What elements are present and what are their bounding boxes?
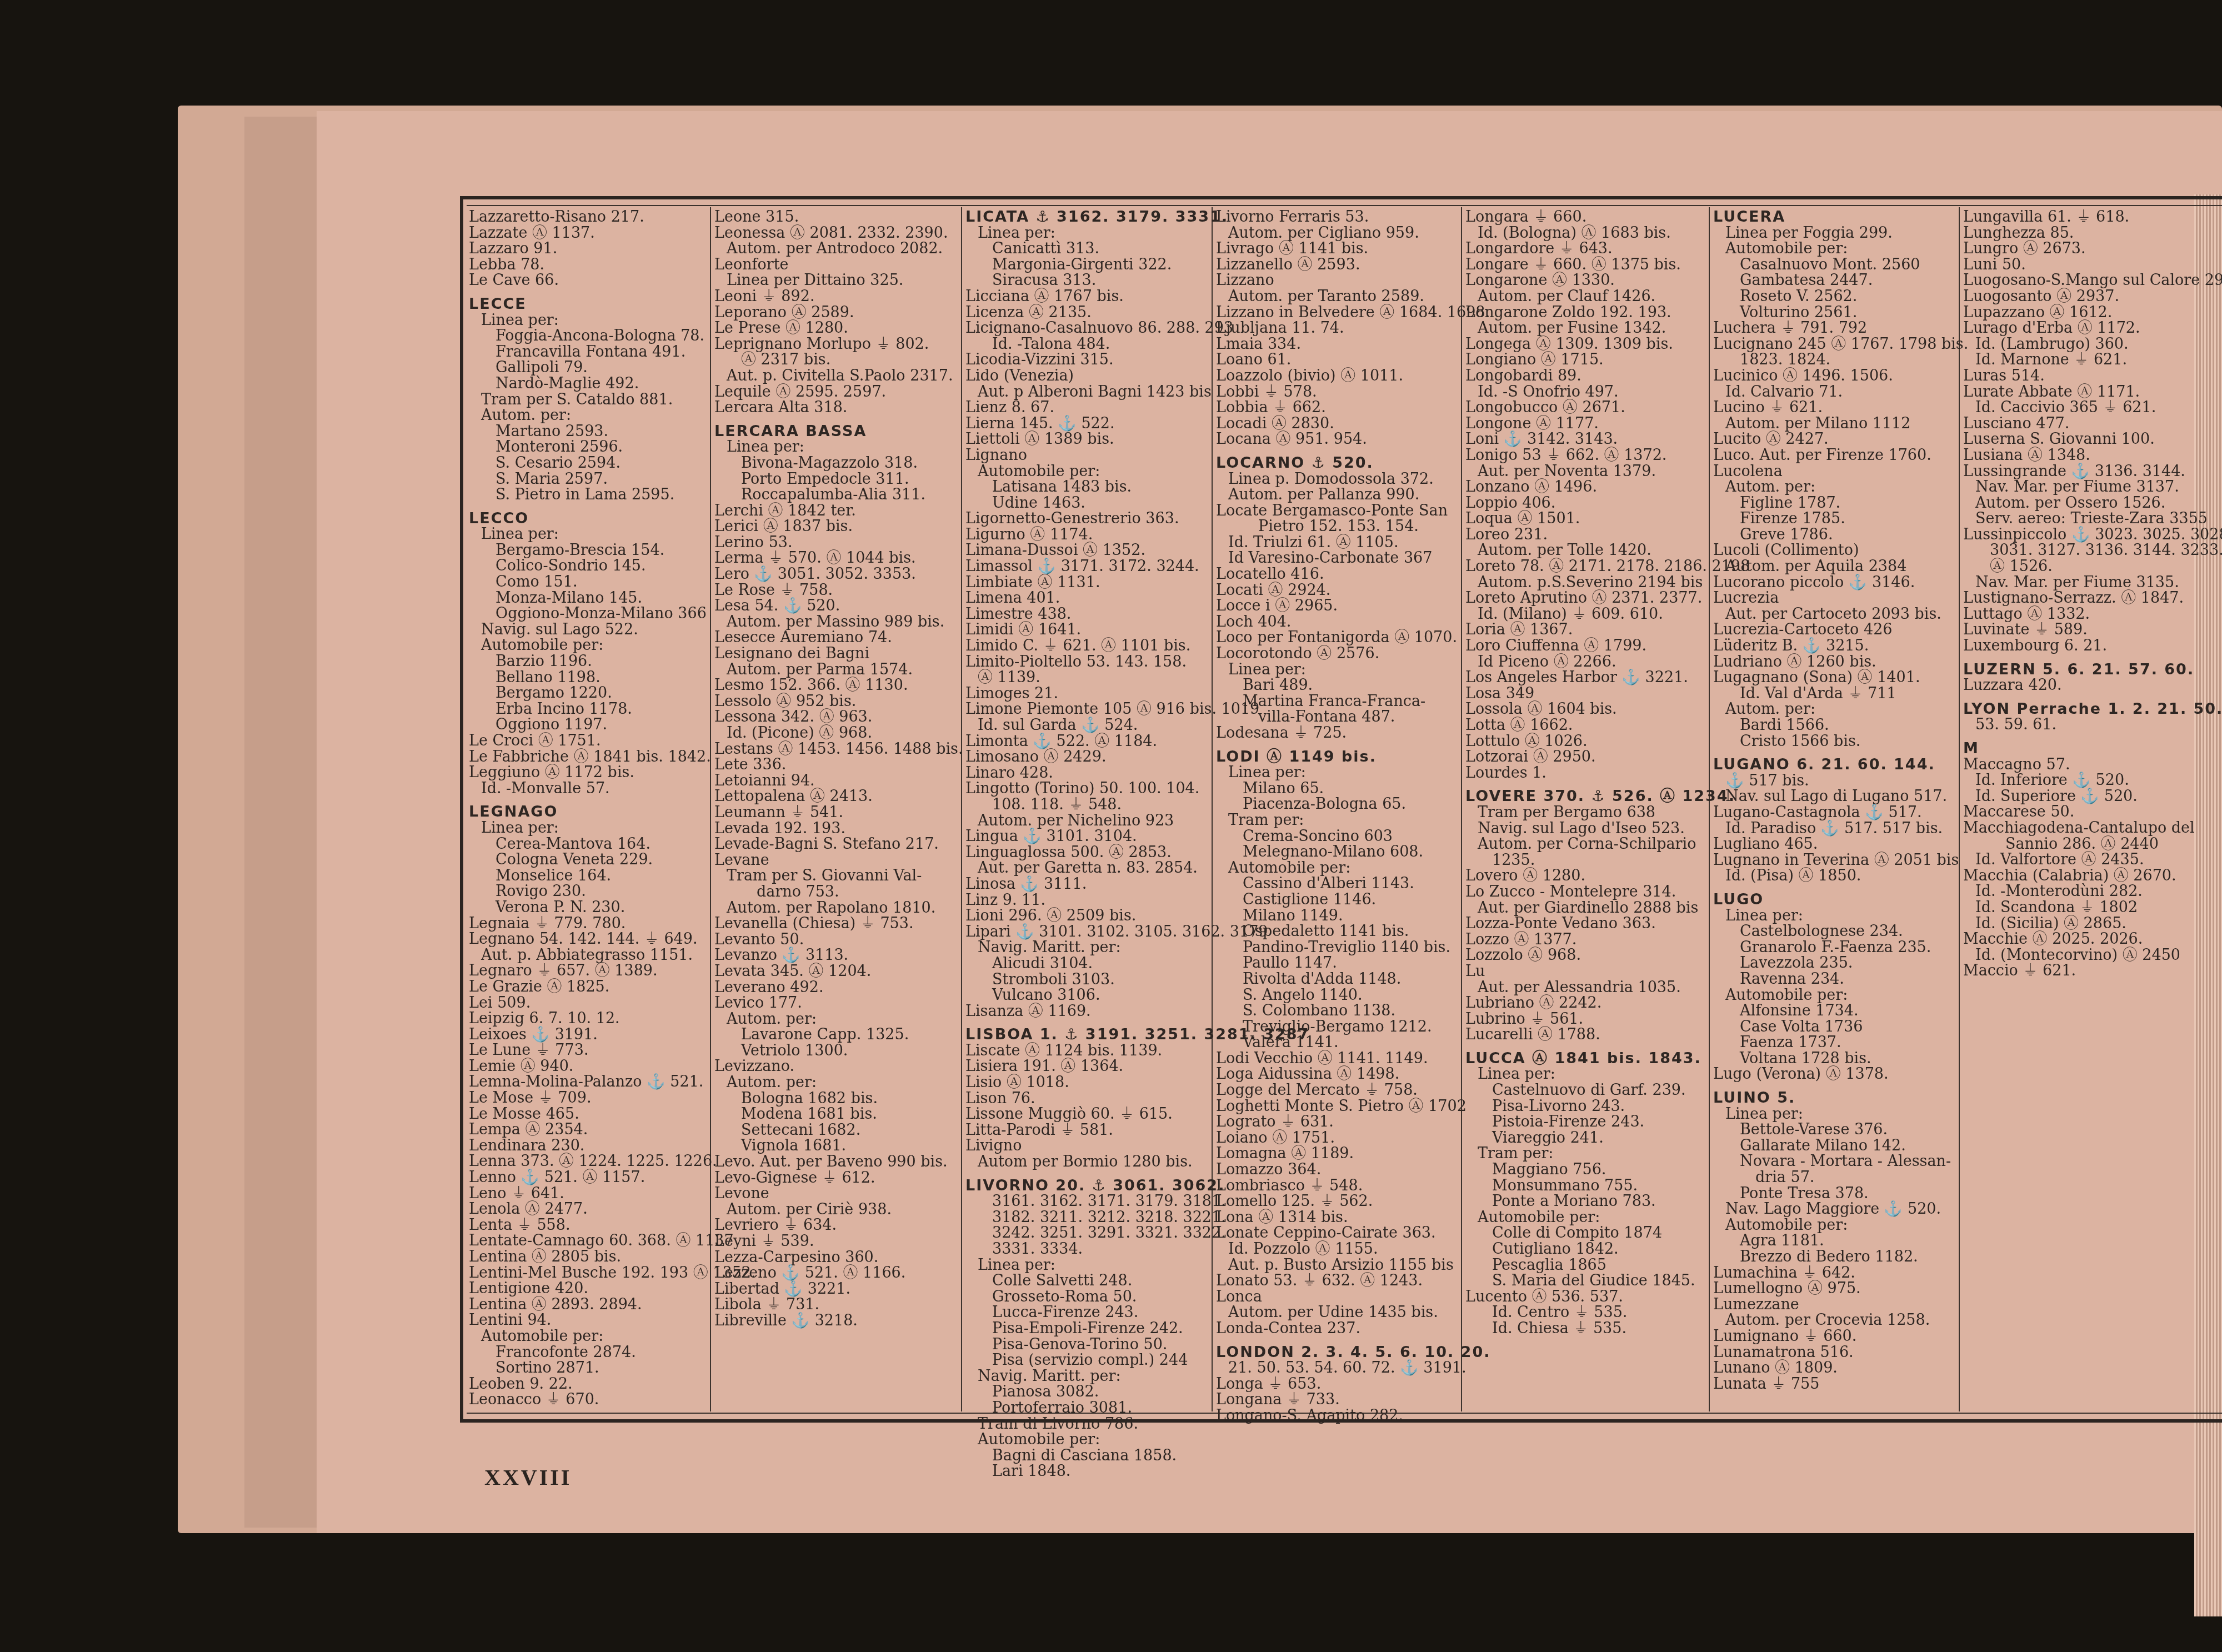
index-subentry: Pescaglia 1865 xyxy=(1465,1258,1710,1274)
index-subentry: Id. Valfortore Ⓐ 2435. xyxy=(1963,852,2222,868)
index-subentry: Automobile per: xyxy=(1713,241,1958,257)
index-subentry: Lavezzola 235. xyxy=(1713,955,1958,972)
index-entry: Lesa 54. ⚓ 520. xyxy=(714,598,958,614)
index-subentry: Id. (Sicilia) Ⓐ 2865. xyxy=(1963,916,2222,932)
index-entry: Letoianni 94. xyxy=(714,773,958,789)
index-entry: Lentini-Mel Busche 192. 193 Ⓐ 1352. xyxy=(469,1265,708,1281)
index-subentry: Autom. per Nichelino 923 xyxy=(965,813,1210,829)
index-entry: Levanella (Chiesa) ⏚ 753. xyxy=(714,916,958,932)
index-subentry: Castiglione 1146. xyxy=(1216,892,1460,908)
index-entry: Lessona 342. Ⓐ 963. xyxy=(714,709,958,725)
index-subentry: Porto Empedocle 311. xyxy=(714,472,958,488)
index-subentry: Id. Marnone ⏚ 621. xyxy=(1963,352,2222,368)
index-entry: Lete 336. xyxy=(714,757,958,773)
index-subentry: Id. (Bologna) Ⓐ 1683 bis. xyxy=(1465,226,1710,242)
index-subentry: Linea per: xyxy=(965,1258,1210,1274)
index-entry: Losa 349 xyxy=(1465,686,1710,702)
index-entry: Leonessa Ⓐ 2081. 2332. 2390. xyxy=(714,226,958,242)
index-entry: Le Croci Ⓐ 1751. xyxy=(469,733,708,749)
index-entry: Linguaglossa 500. Ⓐ 2853. xyxy=(965,845,1210,861)
index-entry: Lenola Ⓐ 2477. xyxy=(469,1202,708,1218)
index-subentry: Autom. per Tolle 1420. xyxy=(1465,543,1710,559)
index-entry: Leoni ⏚ 892. xyxy=(714,289,958,305)
index-entry: Leoben 9. 22. xyxy=(469,1376,708,1393)
index-entry: Lossola Ⓐ 1604 bis. xyxy=(1465,702,1710,718)
index-subentry: Linea per: xyxy=(1713,1107,1958,1123)
index-entry: Lugo (Verona) Ⓐ 1378. xyxy=(1713,1067,1958,1083)
place-heading: LYON Perrache 1. 2. 21. 50. xyxy=(1963,702,2222,718)
index-subentry: Treviglio-Bergamo 1212. xyxy=(1216,1019,1460,1035)
index-entry: Legnano 54. 142. 144. ⏚ 649. xyxy=(469,932,708,948)
index-subentry: 1823. 1824. xyxy=(1713,352,1958,368)
index-entry: Licignano-Casalnuovo 86. 288. 293 xyxy=(965,321,1210,337)
index-subentry: Autom. per Aquila 2384 xyxy=(1713,559,1958,575)
index-entry: Lussinpiccolo ⚓ 3023. 3025. 3028 xyxy=(1963,527,2222,543)
index-subentry: 53. 59. 61. xyxy=(1963,717,2222,733)
index-subentry: Autom. per Pallanza 990. xyxy=(1216,487,1460,503)
index-subentry: Udine 1463. xyxy=(965,495,1210,512)
index-subentry: Autom. per: xyxy=(714,1075,958,1091)
index-subentry: Autom per Bormio 1280 bis. xyxy=(965,1154,1210,1170)
index-subentry: Id. Pozzolo Ⓐ 1155. xyxy=(1216,1241,1460,1258)
index-subentry: Aut. per Noventa 1379. xyxy=(1465,464,1710,480)
index-entry: Loghetti Monte S. Pietro Ⓐ 1702 xyxy=(1216,1099,1460,1115)
index-entry: Longare ⏚ 660. Ⓐ 1375 bis. xyxy=(1465,257,1710,273)
index-entry: Leggiuno Ⓐ 1172 bis. xyxy=(469,765,708,781)
index-subentry: Milano 1149. xyxy=(1216,908,1460,924)
index-entry: Lezzeno ⚓ 521. Ⓐ 1166. xyxy=(714,1265,958,1281)
index-subentry: Cerea-Mantova 164. xyxy=(469,837,708,853)
index-entry: Le Lune ⏚ 773. xyxy=(469,1043,708,1059)
index-subentry: Monza-Milano 145. xyxy=(469,590,708,607)
index-subentry: Milano 65. xyxy=(1216,781,1460,797)
index-entry: Lomazzo 364. xyxy=(1216,1162,1460,1178)
index-entry: Lerchi Ⓐ 1842 ter. xyxy=(714,503,958,519)
index-entry: Lobbi ⏚ 578. xyxy=(1216,384,1460,401)
index-entry: Lurago d'Erba Ⓐ 1172. xyxy=(1963,321,2222,337)
index-entry: Lioni 296. Ⓐ 2509 bis. xyxy=(965,908,1210,924)
index-subentry: Navig. Maritt. per: xyxy=(965,1369,1210,1385)
index-subentry: Piacenza-Bologna 65. xyxy=(1216,797,1460,813)
index-subentry: Autom. per Clauf 1426. xyxy=(1465,289,1710,305)
index-entry: Libreville ⚓ 3218. xyxy=(714,1313,958,1329)
index-entry: Longobucco Ⓐ 2671. xyxy=(1465,400,1710,416)
index-subentry: Id. -S Onofrio 497. xyxy=(1465,384,1710,401)
index-entry: Lesmo 152. 366. Ⓐ 1130. xyxy=(714,678,958,694)
index-entry: Limone Piemonte 105 Ⓐ 916 bis. 1019 xyxy=(965,702,1210,718)
index-entry: Longano-S. Agapito 282. xyxy=(1216,1408,1460,1424)
index-subentry: Roseto V. 2562. xyxy=(1713,289,1958,305)
index-entry: Lissone Muggiò 60. ⏚ 615. xyxy=(965,1107,1210,1123)
index-entry: Lucrezia xyxy=(1713,590,1958,607)
index-entry: Longa ⏚ 653. xyxy=(1216,1376,1460,1393)
index-subentry: Linea per: xyxy=(1465,1067,1710,1083)
index-entry: Levata 345. Ⓐ 1204. xyxy=(714,964,958,980)
index-entry: Loria Ⓐ 1367. xyxy=(1465,622,1710,638)
index-entry: Levanto 50. xyxy=(714,932,958,948)
index-entry: Lusiana Ⓐ 1348. xyxy=(1963,448,2222,464)
index-entry: Lezza-Carpesino 360. xyxy=(714,1250,958,1266)
index-subentry: darno 753. xyxy=(714,884,958,900)
index-subentry: Autom. per: xyxy=(469,408,708,424)
index-subentry: Id. (Lambrugo) 360. xyxy=(1963,337,2222,353)
index-subentry: Id. sul Garda ⚓ 524. xyxy=(965,718,1210,734)
index-entry: Limestre 438. xyxy=(965,607,1210,623)
index-entry: Lunamatrona 516. xyxy=(1713,1345,1958,1361)
index-subentry: Id. Calvario 71. xyxy=(1713,384,1958,401)
index-subentry: Castelbolognese 234. xyxy=(1713,924,1958,940)
index-subentry: Linea per: xyxy=(1216,765,1460,781)
index-subentry: Ponte Tresa 378. xyxy=(1713,1186,1958,1202)
index-entry: Lingua ⚓ 3101. 3104. xyxy=(965,829,1210,845)
index-entry: Luogosano-S.Mango sul Calore 296. xyxy=(1963,273,2222,289)
index-subentry: Aut. p. Abbiategrasso 1151. xyxy=(469,948,708,964)
index-entry: Locce i Ⓐ 2965. xyxy=(1216,598,1460,614)
index-subentry: Tram per: xyxy=(1216,813,1460,829)
index-subentry: Colico-Sondrio 145. xyxy=(469,558,708,574)
index-subentry: Id. -Monvalle 57. xyxy=(469,781,708,797)
index-subentry: Linea per: xyxy=(469,820,708,837)
index-subentry: Autom. per Parma 1574. xyxy=(714,662,958,678)
index-subentry: 3182. 3211. 3212. 3218. 3221. xyxy=(965,1210,1210,1226)
index-subentry: 108. 118. ⏚ 548. xyxy=(965,797,1210,813)
index-subentry: Tram per S. Giovanni Val- xyxy=(714,868,958,884)
place-heading: LECCO xyxy=(469,511,708,527)
index-subentry: Id. Centro ⏚ 535. xyxy=(1465,1305,1710,1321)
index-entry: Lido (Venezia) xyxy=(965,368,1210,384)
index-entry: Lercara Alta 318. xyxy=(714,400,958,416)
index-subentry: 3031. 3127. 3136. 3144. 3233. xyxy=(1963,543,2222,559)
index-entry: Lei 509. xyxy=(469,995,708,1012)
index-entry: Lucoli (Collimento) xyxy=(1713,543,1958,559)
index-entry: Licodia-Vizzini 315. xyxy=(965,352,1210,368)
index-subentry: Navig. sul Lago 522. xyxy=(469,622,708,638)
index-subentry: Ravenna 234. xyxy=(1713,972,1958,988)
index-subentry: Bari 489. xyxy=(1216,678,1460,694)
index-entry: Levade-Bagni S. Stefano 217. xyxy=(714,837,958,853)
index-entry: Lungavilla 61. ⏚ 618. xyxy=(1963,209,2222,226)
index-entry: Logge del Mercato ⏚ 758. xyxy=(1216,1083,1460,1099)
index-entry: Longardore ⏚ 643. xyxy=(1465,241,1710,257)
index-subentry: ⚓ 517 bis. xyxy=(1713,773,1958,789)
index-entry: Longarone Ⓐ 1330. xyxy=(1465,273,1710,289)
index-entry: Lüderitz B. ⚓ 3215. xyxy=(1713,638,1958,654)
index-subentry: Barzio 1196. xyxy=(469,654,708,670)
index-entry: Loreo 231. xyxy=(1465,527,1710,543)
index-subentry: Vetriolo 1300. xyxy=(714,1043,958,1059)
index-entry: Linaro 428. xyxy=(965,765,1210,782)
index-subentry: Grosseto-Roma 50. xyxy=(965,1289,1210,1305)
index-subentry: Autom. per Taranto 2589. xyxy=(1216,289,1460,305)
index-subentry: Linea per Dittaino 325. xyxy=(714,273,958,289)
index-entry: Luchera ⏚ 791. 792 xyxy=(1713,321,1958,337)
index-entry: Lozzo Ⓐ 1377. xyxy=(1465,932,1710,948)
index-subentry: S. Colombano 1138. xyxy=(1216,1003,1460,1019)
index-entry: Luni 50. xyxy=(1963,257,2222,273)
index-subentry: Alfonsine 1734. xyxy=(1713,1003,1958,1019)
index-entry: Luserna S. Giovanni 100. xyxy=(1963,432,2222,448)
index-entry: Lentigione 420. xyxy=(469,1281,708,1297)
index-entry: Limbiate Ⓐ 1131. xyxy=(965,575,1210,591)
index-subentry: Rivolta d'Adda 1148. xyxy=(1216,972,1460,988)
index-subentry: Autom. per Udine 1435 bis. xyxy=(1216,1305,1460,1321)
index-subentry: Id. Superiore ⚓ 520. xyxy=(1963,789,2222,805)
index-entry: Legnaro ⏚ 657. Ⓐ 1389. xyxy=(469,963,708,979)
index-entry: Limassol ⚓ 3171. 3172. 3244. xyxy=(965,559,1210,575)
index-entry: Lonato 53. ⏚ 632. Ⓐ 1243. xyxy=(1216,1273,1460,1289)
place-heading: LIVORNO 20. ⚓ 3061. 3062. xyxy=(965,1178,1210,1194)
index-entry: Loreto Aprutino Ⓐ 2371. 2377. xyxy=(1465,590,1710,607)
index-subentry: Id. Paradiso ⚓ 517. 517 bis. xyxy=(1713,821,1958,837)
index-entry: Lugagnano (Sona) Ⓐ 1401. xyxy=(1713,670,1958,686)
index-entry: Lu xyxy=(1465,964,1710,980)
index-entry: Lerino 53. xyxy=(714,535,958,551)
index-subentry: Francavilla Fontana 491. xyxy=(469,344,708,361)
index-entry: Macchiagodena-Cantalupo del xyxy=(1963,820,2222,837)
index-entry: Linz 9. 11. xyxy=(965,893,1210,909)
index-entry: Lungro Ⓐ 2673. xyxy=(1963,241,2222,257)
index-subentry: S. Maria del Giudice 1845. xyxy=(1465,1273,1710,1289)
index-subentry: Verona P. N. 230. xyxy=(469,900,708,916)
index-entry: Lobbia ⏚ 662. xyxy=(1216,400,1460,416)
index-entry: Lucorano piccolo ⚓ 3146. xyxy=(1713,575,1958,591)
index-subentry: Roccapalumba-Alia 311. xyxy=(714,487,958,503)
index-subentry: Faenza 1737. xyxy=(1713,1035,1958,1051)
index-entry: Lucino ⏚ 621. xyxy=(1713,400,1958,416)
index-column-4: Livorno Ferraris 53.Autom. per Cigliano … xyxy=(1216,209,1460,1409)
index-subentry: Como 151. xyxy=(469,574,708,590)
index-entry: Lentina Ⓐ 2805 bis. xyxy=(469,1249,708,1265)
index-subentry: Oggiono-Monza-Milano 366 xyxy=(469,606,708,622)
index-entry: Lendinara 230. xyxy=(469,1138,708,1154)
index-entry: Lessolo Ⓐ 952 bis. xyxy=(714,694,958,710)
index-subentry: Monteroni 2596. xyxy=(469,439,708,455)
index-subentry: Erba Incino 1178. xyxy=(469,702,708,718)
index-subentry: Automobile per: xyxy=(1713,1218,1958,1234)
index-entry: Lentina Ⓐ 2893. 2894. xyxy=(469,1297,708,1313)
index-entry: Libertad ⚓ 3221. xyxy=(714,1281,958,1298)
index-entry: Lupazzano Ⓐ 1612. xyxy=(1963,305,2222,321)
index-subentry: Id. Chiesa ⏚ 535. xyxy=(1465,1321,1710,1337)
index-entry: Ligornetto-Genestrerio 363. xyxy=(965,511,1210,527)
index-entry: Lomello 125. ⏚ 562. xyxy=(1216,1194,1460,1210)
index-entry: Lona Ⓐ 1314 bis. xyxy=(1216,1210,1460,1226)
index-subentry: Bettole-Varese 376. xyxy=(1713,1122,1958,1138)
index-entry: Levanzo ⚓ 3113. xyxy=(714,948,958,964)
index-subentry: S. Cesario 2594. xyxy=(469,455,708,472)
index-subentry: Autom. per: xyxy=(1713,702,1958,718)
index-entry: Lipari ⚓ 3101. 3102. 3105. 3162. 3179 xyxy=(965,924,1210,940)
index-entry: Leprignano Morlupo ⏚ 802. xyxy=(714,337,958,353)
index-entry: Macchie Ⓐ 2025. 2026. xyxy=(1963,932,2222,948)
index-entry: Livorno Ferraris 53. xyxy=(1216,209,1460,226)
index-entry: Le Mose ⏚ 709. xyxy=(469,1090,708,1107)
index-entry: Levo. Aut. per Baveno 990 bis. xyxy=(714,1154,958,1170)
index-entry: Levizzano. xyxy=(714,1059,958,1075)
index-entry: Lemna-Molina-Palanzo ⚓ 521. xyxy=(469,1074,708,1090)
index-entry: Lempa Ⓐ 2354. xyxy=(469,1122,708,1138)
index-subentry: Aut. per Giardinello 2888 bis xyxy=(1465,900,1710,917)
index-subentry: Maggiano 756. xyxy=(1465,1162,1710,1178)
index-subentry: Cutigliano 1842. xyxy=(1465,1241,1710,1258)
index-entry: Levico 177. xyxy=(714,995,958,1012)
index-subentry: Autom. per: xyxy=(1713,479,1958,495)
index-subentry: Aut. p. Busto Arsizio 1155 bis xyxy=(1216,1258,1460,1274)
page-folio-number: XXVIII xyxy=(484,1464,572,1490)
index-entry: Limena 401. xyxy=(965,590,1210,607)
index-subentry: Modena 1681 bis. xyxy=(714,1107,958,1123)
index-subentry: Canicattì 313. xyxy=(965,241,1210,257)
index-entry: Litta-Parodi ⏚ 581. xyxy=(965,1123,1210,1139)
index-entry: Locati Ⓐ 2924. xyxy=(1216,583,1460,599)
index-entry: Loch 404. xyxy=(1216,614,1460,630)
index-column-6: LUCERALinea per Foggia 299.Automobile pe… xyxy=(1713,209,1958,1409)
index-entry: Le Fabbriche Ⓐ 1841 bis. 1842. xyxy=(469,749,708,765)
index-subentry: Id. Val d'Arda ⏚ 711 xyxy=(1713,686,1958,702)
index-entry: Lequile Ⓐ 2595. 2597. xyxy=(714,384,958,401)
place-heading: LONDON 2. 3. 4. 5. 6. 10. 20. xyxy=(1216,1345,1460,1361)
index-entry: Libola ⏚ 731. xyxy=(714,1297,958,1313)
index-entry: Limana-Dussoi Ⓐ 1352. xyxy=(965,543,1210,559)
index-subentry: Pisa-Livorno 243. xyxy=(1465,1099,1710,1115)
index-entry: Lisanza Ⓐ 1169. xyxy=(965,1004,1210,1020)
index-subentry: Melegnano-Milano 608. xyxy=(1216,844,1460,860)
index-subentry: Bivona-Magazzolo 318. xyxy=(714,455,958,472)
index-entry: Legnaia ⏚ 779. 780. xyxy=(469,916,708,932)
index-subentry: Autom. per Crocevia 1258. xyxy=(1713,1313,1958,1329)
index-subentry: Autom. p.S.Severino 2194 bis xyxy=(1465,575,1710,591)
index-subentry: Nav. Lago Maggiore ⚓ 520. xyxy=(1713,1202,1958,1218)
index-subentry: Rovigo 230. xyxy=(469,884,708,900)
index-subentry: Pistoia-Firenze 243. xyxy=(1465,1114,1710,1130)
index-subentry: Automobile per: xyxy=(1713,988,1958,1004)
index-entry: Lonigo 53 ⏚ 662. Ⓐ 1372. xyxy=(1465,448,1710,464)
index-subentry: Greve 1786. xyxy=(1713,527,1958,543)
index-subentry: Ospedaletto 1141 bis. xyxy=(1216,924,1460,940)
index-entry: Lisiera 191. Ⓐ 1364. xyxy=(965,1059,1210,1075)
index-entry: Lunghezza 85. xyxy=(1963,226,2222,242)
index-subentry: Ⓐ 1139. xyxy=(965,670,1210,686)
index-entry: Maccio ⏚ 621. xyxy=(1963,963,2222,979)
index-subentry: Aut. per Garetta n. 83. 2854. xyxy=(965,860,1210,877)
index-subentry: Autom. per Milano 1112 xyxy=(1713,416,1958,432)
index-entry: Ljubljana 11. 74. xyxy=(1216,321,1460,337)
index-entry: Lenno ⚓ 521. Ⓐ 1157. xyxy=(469,1170,708,1186)
index-subentry: Automobile per: xyxy=(965,464,1210,480)
index-entry: Lomagna Ⓐ 1189. xyxy=(1216,1146,1460,1162)
index-subentry: 21. 50. 53. 54. 60. 72. ⚓ 3191. xyxy=(1216,1360,1460,1376)
index-entry: Lotta Ⓐ 1662. xyxy=(1465,718,1710,734)
index-subentry: Nav. sul Lago di Lugano 517. xyxy=(1713,789,1958,805)
index-subentry: Linea per: xyxy=(469,527,708,543)
index-entry: Loga Aidussina Ⓐ 1498. xyxy=(1216,1067,1460,1083)
index-subentry: Lavarone Capp. 1325. xyxy=(714,1027,958,1043)
index-subentry: Autom. per Rapolano 1810. xyxy=(714,900,958,917)
index-subentry: Gallipoli 79. xyxy=(469,360,708,376)
index-entry: Limido C. ⏚ 621. Ⓐ 1101 bis. xyxy=(965,638,1210,654)
index-subentry: Linea per: xyxy=(1216,662,1460,678)
index-subentry: Aut. p. Civitella S.Paolo 2317. xyxy=(714,368,958,384)
index-subentry: Pisa-Genova-Torino 50. xyxy=(965,1337,1210,1353)
index-subentry: Linea per: xyxy=(965,226,1210,242)
index-subentry: Linea per: xyxy=(714,439,958,455)
place-heading: LUGANO 6. 21. 60. 144. xyxy=(1713,757,1958,773)
index-table-frame: Lazzaretto-Risano 217.Lazzate Ⓐ 1137.Laz… xyxy=(460,196,2222,1423)
index-entry: Lerici Ⓐ 1837 bis. xyxy=(714,519,958,535)
index-subentry: Tram per: xyxy=(1465,1146,1710,1162)
index-subentry: Latisana 1483 bis. xyxy=(965,479,1210,495)
index-entry: Lentate-Camnago 60. 368. Ⓐ 1137 xyxy=(469,1233,708,1249)
index-entry: Lebba 78. xyxy=(469,257,708,273)
index-entry: Lucrezia-Cartoceto 426 xyxy=(1713,622,1958,638)
index-subentry: Colle Salvetti 248. xyxy=(965,1273,1210,1289)
place-heading: LUGO xyxy=(1713,892,1958,908)
index-entry: Leixoes ⚓ 3191. xyxy=(469,1027,708,1043)
index-entry: Lumellogno Ⓐ 975. xyxy=(1713,1281,1958,1297)
index-subentry: Martano 2593. xyxy=(469,424,708,440)
index-entry: Lombriasco ⏚ 548. xyxy=(1216,1178,1460,1194)
index-subentry: Linea per: xyxy=(1713,908,1958,924)
index-entry: Loco per Fontanigorda Ⓐ 1070. xyxy=(1216,630,1460,646)
index-column-7: Lungavilla 61. ⏚ 618.Lunghezza 85.Lungro… xyxy=(1963,209,2222,1409)
index-entry: Lucarelli Ⓐ 1788. xyxy=(1465,1027,1710,1043)
index-entry: Lenta ⏚ 558. xyxy=(469,1218,708,1234)
index-entry: Lugliano 465. xyxy=(1713,837,1958,853)
index-entry: Limosano Ⓐ 2429. xyxy=(965,749,1210,765)
index-entry: Levo-Gignese ⏚ 612. xyxy=(714,1170,958,1187)
index-subentry: Id Piceno Ⓐ 2266. xyxy=(1465,654,1710,670)
index-entry: Longega Ⓐ 1309. 1309 bis. xyxy=(1465,337,1710,353)
index-subentry: Settecani 1682. xyxy=(714,1123,958,1139)
index-subentry: Automobile per: xyxy=(1465,1210,1710,1226)
index-entry: Lunano Ⓐ 1809. xyxy=(1713,1360,1958,1376)
index-subentry: Ponte a Moriano 783. xyxy=(1465,1194,1710,1210)
index-entry: Lourdes 1. xyxy=(1465,765,1710,782)
index-subentry: S. Maria 2597. xyxy=(469,472,708,488)
index-subentry: Autom. per Ossero 1526. xyxy=(1963,495,2222,512)
index-subentry: Nav. Mar. per Fiume 3137. xyxy=(1963,479,2222,495)
index-entry: Lubriano Ⓐ 2242. xyxy=(1465,995,1710,1012)
index-subentry: Serv. aereo: Trieste-Zara 3355 xyxy=(1963,511,2222,527)
place-heading: LUCCA Ⓐ 1841 bis. 1843. xyxy=(1465,1051,1710,1067)
index-entry: Lussingrande ⚓ 3136. 3144. xyxy=(1963,464,2222,480)
index-subentry: S. Angelo 1140. xyxy=(1216,988,1460,1004)
index-subentry: Cologna Veneta 229. xyxy=(469,852,708,868)
index-entry: Ligurno Ⓐ 1174. xyxy=(965,527,1210,543)
index-subentry: Linea per: xyxy=(469,313,708,329)
index-column-3: LICATA ⚓ 3162. 3179. 3331.Linea per:Cani… xyxy=(965,209,1210,1409)
index-entry: Locatello 416. xyxy=(1216,567,1460,583)
index-entry: Lumachina ⏚ 642. xyxy=(1713,1265,1958,1281)
index-subentry: Monselice 164. xyxy=(469,868,708,884)
index-entry: Longarone Zoldo 192. 193. xyxy=(1465,305,1710,321)
place-heading: LECCE xyxy=(469,297,708,313)
index-entry: Limidi Ⓐ 1641. xyxy=(965,622,1210,638)
index-entry: Maccagno 57. xyxy=(1963,757,2222,773)
index-subentry: Cassino d'Alberi 1143. xyxy=(1216,876,1460,892)
column-rule xyxy=(961,207,962,1411)
index-subentry: Id. Scandona ⏚ 1802 xyxy=(1963,900,2222,916)
index-subentry: Id. (Pisa) Ⓐ 1850. xyxy=(1713,868,1958,884)
index-entry: Lisio Ⓐ 1018. xyxy=(965,1075,1210,1091)
index-subentry: Autom. per Fusine 1342. xyxy=(1465,321,1710,337)
index-entry: Lodi Vecchio Ⓐ 1141. 1149. xyxy=(1216,1051,1460,1067)
index-entry: Locana Ⓐ 951. 954. xyxy=(1216,432,1460,448)
index-subentry: 3242. 3251. 3291. 3321. 3322. xyxy=(965,1225,1210,1241)
index-entry: Lignano xyxy=(965,448,1210,464)
index-subentry: Voltana 1728 bis. xyxy=(1713,1051,1958,1067)
place-heading: LEGNAGO xyxy=(469,804,708,820)
